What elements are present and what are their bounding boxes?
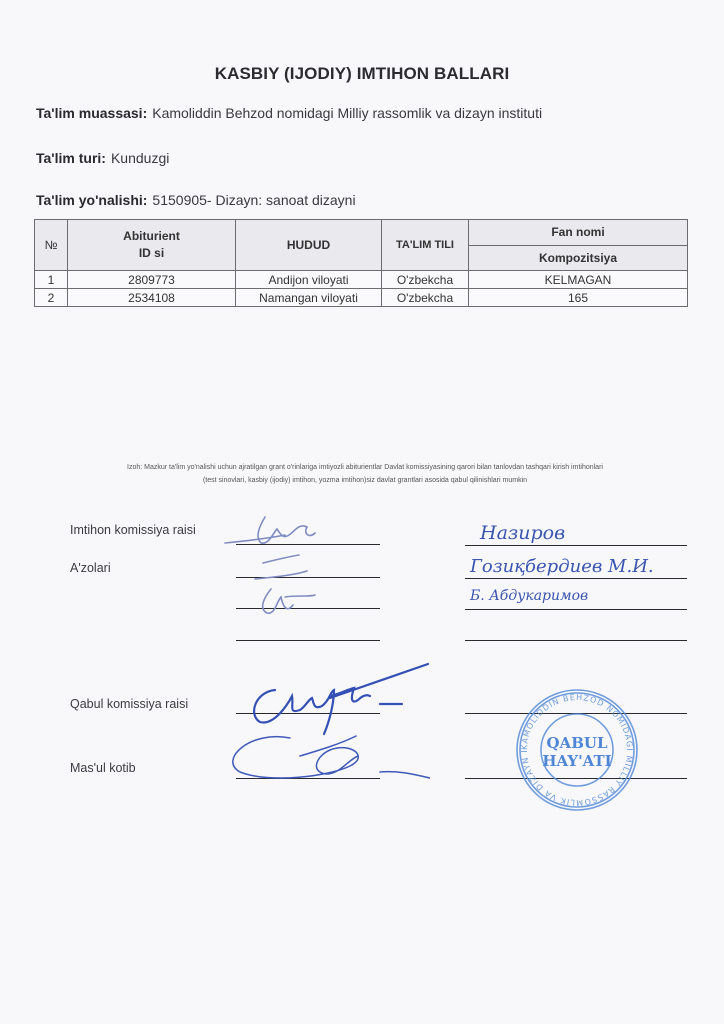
- header-language: TA'LIM TILI: [382, 220, 469, 271]
- cell-applicant-id: 2809773: [68, 271, 236, 289]
- header-applicant-id-line2: ID si: [139, 246, 164, 260]
- name-line: [465, 545, 687, 546]
- admission-chair-label: Qabul komissiya raisi: [70, 697, 188, 711]
- cell-applicant-id: 2534108: [68, 289, 236, 307]
- header-applicant-id-line1: Abiturient: [123, 229, 180, 243]
- name-line: [465, 609, 687, 610]
- scores-table: № Abiturient ID si HUDUD TA'LIM TILI Fan…: [34, 219, 688, 307]
- cell-number: 2: [35, 289, 68, 307]
- institution-label: Ta'lim muassasi:: [36, 105, 147, 121]
- cell-region: Andijon viloyati: [236, 271, 382, 289]
- study-direction-field: Ta'lim yo'nalishi:5150905- Dizayn: sanoa…: [36, 192, 356, 208]
- study-direction-label: Ta'lim yo'nalishi:: [36, 192, 147, 208]
- header-applicant-id: Abiturient ID si: [68, 220, 236, 271]
- institution-value: Kamoliddin Behzod nomidagi Milliy rassom…: [152, 105, 542, 121]
- handwritten-name: Назиров: [480, 522, 565, 544]
- admission-stamp-icon: KAMOLIDDIN BEHZOD NOMIDAGI MILLIY RASSOM…: [512, 688, 642, 812]
- cell-language: O'zbekcha: [382, 271, 469, 289]
- name-line: [465, 578, 687, 579]
- footnote-line1: Izoh: Mazkur ta'lim yo'nalishi uchun ajr…: [40, 461, 690, 474]
- signature-line: [236, 577, 380, 578]
- signature-scribble-icon: [215, 505, 335, 655]
- table-row: 2 2534108 Namangan viloyati O'zbekcha 16…: [35, 289, 688, 307]
- cell-score: 165: [469, 289, 688, 307]
- signature-line: [236, 713, 380, 714]
- institution-field: Ta'lim muassasi:Kamoliddin Behzod nomida…: [36, 105, 542, 121]
- document-title: KASBIY (IJODIY) IMTIHON BALLARI: [0, 64, 724, 84]
- study-form-label: Ta'lim turi:: [36, 150, 106, 166]
- handwritten-name: Б. Абдукаримов: [470, 588, 588, 604]
- signature-line: [236, 778, 380, 779]
- study-form-value: Kunduzgi: [111, 150, 169, 166]
- cell-region: Namangan viloyati: [236, 289, 382, 307]
- signature-line: [236, 544, 380, 545]
- signature-line: [236, 640, 380, 641]
- stamp-center-line2: HAY'ATI: [542, 752, 611, 770]
- table-row: 1 2809773 Andijon viloyati O'zbekcha KEL…: [35, 271, 688, 289]
- study-direction-value: 5150905- Dizayn: sanoat dizayni: [152, 192, 355, 208]
- header-subject: Kompozitsiya: [469, 245, 688, 271]
- header-region: HUDUD: [236, 220, 382, 271]
- signature-line: [236, 608, 380, 609]
- handwritten-name: Гозиқбердиев М.И.: [470, 556, 654, 577]
- signature-scribble-icon: [230, 660, 430, 790]
- footnote: Izoh: Mazkur ta'lim yo'nalishi uchun ajr…: [40, 461, 690, 487]
- study-form-field: Ta'lim turi:Kunduzgi: [36, 150, 169, 166]
- name-line: [465, 640, 687, 641]
- secretary-label: Mas'ul kotib: [70, 761, 136, 775]
- cell-number: 1: [35, 271, 68, 289]
- footnote-line2: (test sinovlari, kasbiy (ijodiy) imtihon…: [40, 474, 690, 487]
- cell-score: KELMAGAN: [469, 271, 688, 289]
- document-page: KASBIY (IJODIY) IMTIHON BALLARI Ta'lim m…: [0, 0, 724, 1024]
- stamp-center-line1: QABUL: [546, 734, 607, 752]
- exam-chair-label: Imtihon komissiya raisi: [70, 523, 196, 537]
- header-number: №: [35, 220, 68, 271]
- members-label: A'zolari: [70, 561, 111, 575]
- header-subject-group: Fan nomi: [469, 220, 688, 246]
- cell-language: O'zbekcha: [382, 289, 469, 307]
